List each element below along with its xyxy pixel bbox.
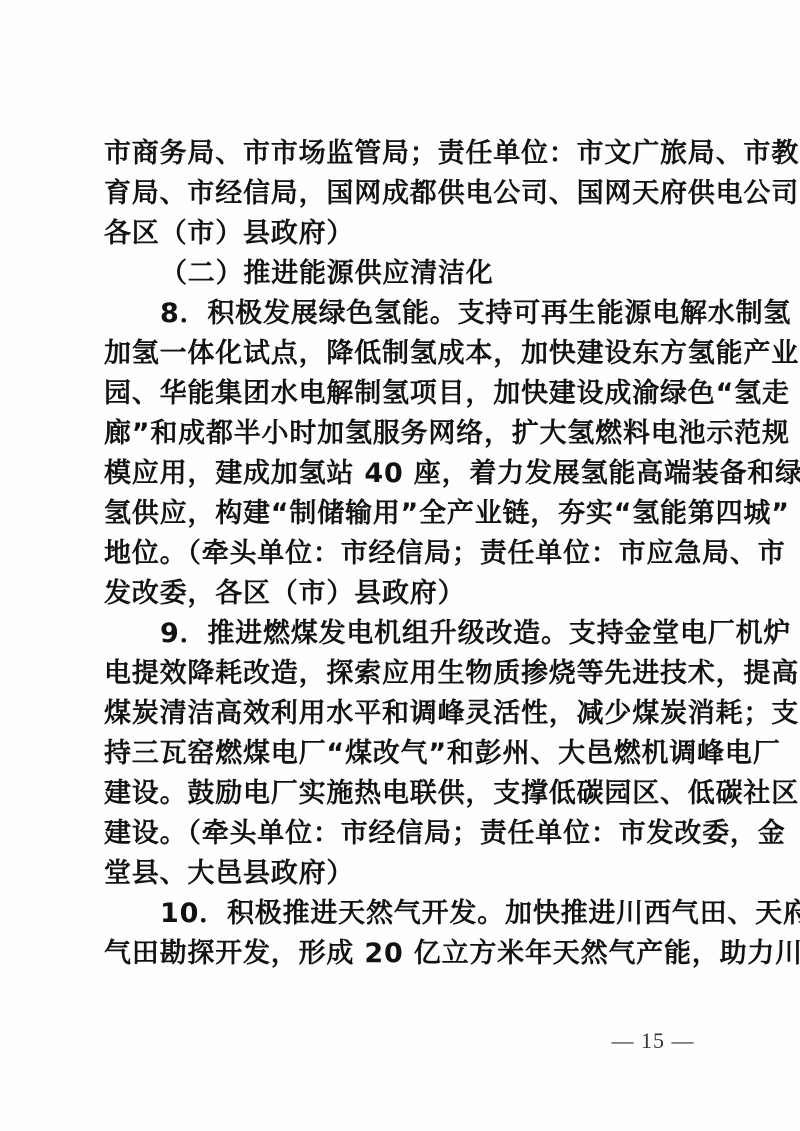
- text-line: 电提效降耗改造，探索应用生物质掺烧等先进技术，提高: [104, 654, 704, 694]
- page-number: — 15 —: [598, 1028, 708, 1054]
- text-line: 市商务局、市市场监管局；责任单位：市文广旅局、市教: [104, 134, 704, 174]
- text-line: 各区（市）县政府）: [104, 214, 704, 254]
- text-line: 发改委，各区（市）县政府）: [104, 574, 704, 614]
- text-line: 堂县、大邑县政府）: [104, 854, 704, 894]
- item-8-heading-line: 8．积极发展绿色氢能。支持可再生能源电解水制氢: [104, 294, 704, 334]
- text-line: 建设。鼓励电厂实施热电联供，支撑低碳园区、低碳社区: [104, 774, 704, 814]
- text-line: 园、华能集团水电解制氢项目，加快建设成渝绿色“氢走: [104, 374, 704, 414]
- text-line: 持三瓦窑燃煤电厂“煤改气”和彭州、大邑燃机调峰电厂: [104, 734, 704, 774]
- item-9-heading-line: 9．推进燃煤发电机组升级改造。支持金堂电厂机炉: [104, 614, 704, 654]
- text-line: 育局、市经信局，国网成都供电公司、国网天府供电公司，: [104, 174, 704, 214]
- item-10-heading-line: 10．积极推进天然气开发。加快推进川西气田、天府: [104, 894, 704, 934]
- text-line: 地位。（牵头单位：市经信局；责任单位：市应急局、市: [104, 534, 704, 574]
- text-line: 廊”和成都半小时加氢服务网络，扩大氢燃料电池示范规: [104, 414, 704, 454]
- text-line: 加氢一体化试点，降低制氢成本，加快建设东方氢能产业: [104, 334, 704, 374]
- body-text: 市商务局、市市场监管局；责任单位：市文广旅局、市教 育局、市经信局，国网成都供电…: [104, 134, 704, 974]
- text-line: 建设。（牵头单位：市经信局；责任单位：市发改委，金: [104, 814, 704, 854]
- text-line: 氢供应，构建“制储输用”全产业链，夯实“氢能第四城”: [104, 494, 704, 534]
- text-line: 煤炭清洁高效利用水平和调峰灵活性，减少煤炭消耗；支: [104, 694, 704, 734]
- text-line: 气田勘探开发，形成 20 亿立方米年天然气产能，助力川: [104, 934, 704, 974]
- text-line: 模应用，建成加氢站 40 座，着力发展氢能高端装备和绿: [104, 454, 704, 494]
- document-page: 市商务局、市市场监管局；责任单位：市文广旅局、市教 育局、市经信局，国网成都供电…: [0, 0, 800, 1131]
- section-heading: （二）推进能源供应清洁化: [104, 254, 704, 294]
